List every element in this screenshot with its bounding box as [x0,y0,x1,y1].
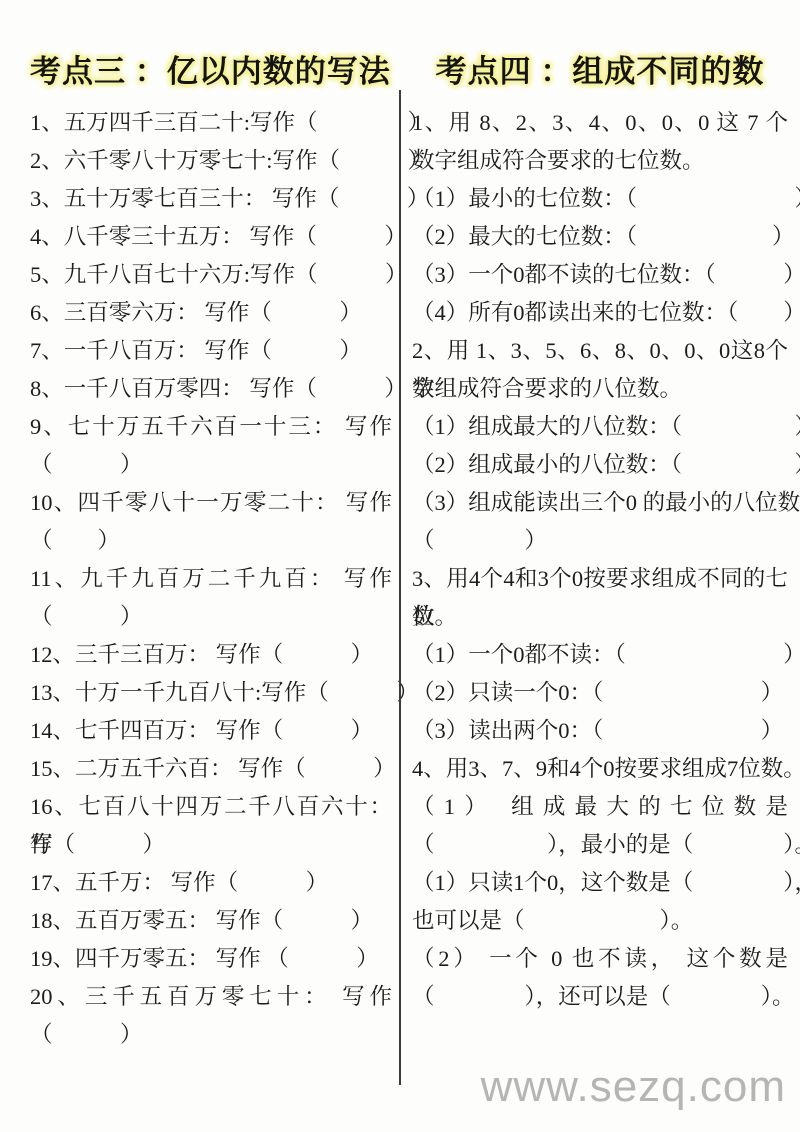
worksheet-line: （2）最大的七位数：（ ） [412,218,788,256]
worksheet-line: （1）最小的七位数：（ ） [412,180,788,218]
worksheet-line: 7、一千八百万： 写作（ ） [30,332,392,370]
worksheet-line: 1、用 8、2、3、4、0、0、0 这 7 个 [412,104,788,142]
worksheet-line: 18、五百万零五： 写作（ ） [30,902,392,940]
worksheet-line: 4、八千零三十五万： 写作（ ） [30,218,392,256]
worksheet-line: 19、四千万零五： 写作 （ ） [30,940,392,978]
worksheet-line: 数字组成符合要求的七位数。 [412,142,788,180]
worksheet-line: 10、四千零八十一万零二十： 写作 [30,484,392,522]
worksheet-line: （2）组成最小的八位数：（ ） [412,446,788,484]
worksheet-line: （ ） [30,1016,392,1054]
section-title-left: 考点三 ：亿以内数的写法 [30,46,392,91]
worksheet-line: （2）只读一个0：（ ） [412,674,788,712]
worksheet-line: （3）一个0都不读的七位数：（ ） [412,256,788,294]
left-exercise-lines: 1、五万四千三百二十:写作（ ）2、六千零八十万零七十:写作（ ）3、五十万零七… [30,104,392,1054]
worksheet-line: 3、用4个4和3个0按要求组成不同的七位 [412,560,788,598]
worksheet-line: （4）所有0都读出来的七位数：（ ） [412,294,788,332]
worksheet-line: 6、三百零六万： 写作（ ） [30,294,392,332]
worksheet-line: 20、三千五百万零七十： 写作 [30,978,392,1016]
worksheet-line: 2、用 1、3、5、6、8、0、0、0这8个数 [412,332,788,370]
worksheet-line: （ ），还可以是（ ）。 [412,978,788,1016]
worksheet-line: （1）一个0都不读：（ ） [412,636,788,674]
worksheet-line: （ ），最小的是（ ）。 [412,826,788,864]
worksheet-line: 11、九千九百万二千九百： 写作 [30,560,392,598]
worksheet-line: 3、五十万零七百三十： 写作（ ） [30,180,392,218]
worksheet-line: （ ） [30,446,392,484]
worksheet-line: （1）组成最大的八位数：（ ） [412,408,788,446]
worksheet-line: （ ） [30,598,392,636]
section-composing-numbers: 考点四 ：组成不同的数 1、用 8、2、3、4、0、0、0 这 7 个数字组成符… [412,46,788,1016]
worksheet-page: 考点三 ：亿以内数的写法 1、五万四千三百二十:写作（ ）2、六千零八十万零七十… [0,0,800,1132]
worksheet-line: （1） 组成最大的七位数是 [412,788,788,826]
worksheet-line: 14、七千四百万： 写作（ ） [30,712,392,750]
section-title-right: 考点四 ：组成不同的数 [412,46,788,91]
worksheet-line: （3）读出两个0：（ ） [412,712,788,750]
worksheet-line: 8、一千八百万零四： 写作（ ） [30,370,392,408]
worksheet-line: （3）组成能读出三个0 的最小的八位数： [412,484,788,522]
watermark-text: www.sezq.com [481,1062,786,1112]
right-exercise-lines: 1、用 8、2、3、4、0、0、0 这 7 个数字组成符合要求的七位数。（1）最… [412,104,788,1016]
worksheet-line: （1）只读1个0，这个数是（ ）， [412,864,788,902]
worksheet-line: 9、七十万五千六百一十三： 写作 [30,408,392,446]
worksheet-line: 字组成符合要求的八位数。 [412,370,788,408]
worksheet-line: 12、三千三百万： 写作（ ） [30,636,392,674]
worksheet-line: 2、六千零八十万零七十:写作（ ） [30,142,392,180]
worksheet-line: 数。 [412,598,788,636]
worksheet-line: （2） 一个 0 也不读， 这个数是 [412,940,788,978]
worksheet-line: 作（ ） [30,826,392,864]
worksheet-line: 16、七百八十四万二千八百六十： 写 [30,788,392,826]
worksheet-line: （ ） [412,522,788,560]
worksheet-line: 4、用3、7、9和4个0按要求组成7位数。 [412,750,788,788]
worksheet-line: 15、二万五千六百： 写作（ ） [30,750,392,788]
worksheet-line: 17、五千万： 写作（ ） [30,864,392,902]
worksheet-line: 也可以是（ ）。 [412,902,788,940]
worksheet-line: （ ） [30,522,392,560]
worksheet-line: 5、九千八百七十六万:写作（ ） [30,256,392,294]
column-divider [399,90,401,1085]
worksheet-line: 13、十万一千九百八十:写作（ ） [30,674,392,712]
section-writing-numbers: 考点三 ：亿以内数的写法 1、五万四千三百二十:写作（ ）2、六千零八十万零七十… [30,46,392,1054]
worksheet-line: 1、五万四千三百二十:写作（ ） [30,104,392,142]
